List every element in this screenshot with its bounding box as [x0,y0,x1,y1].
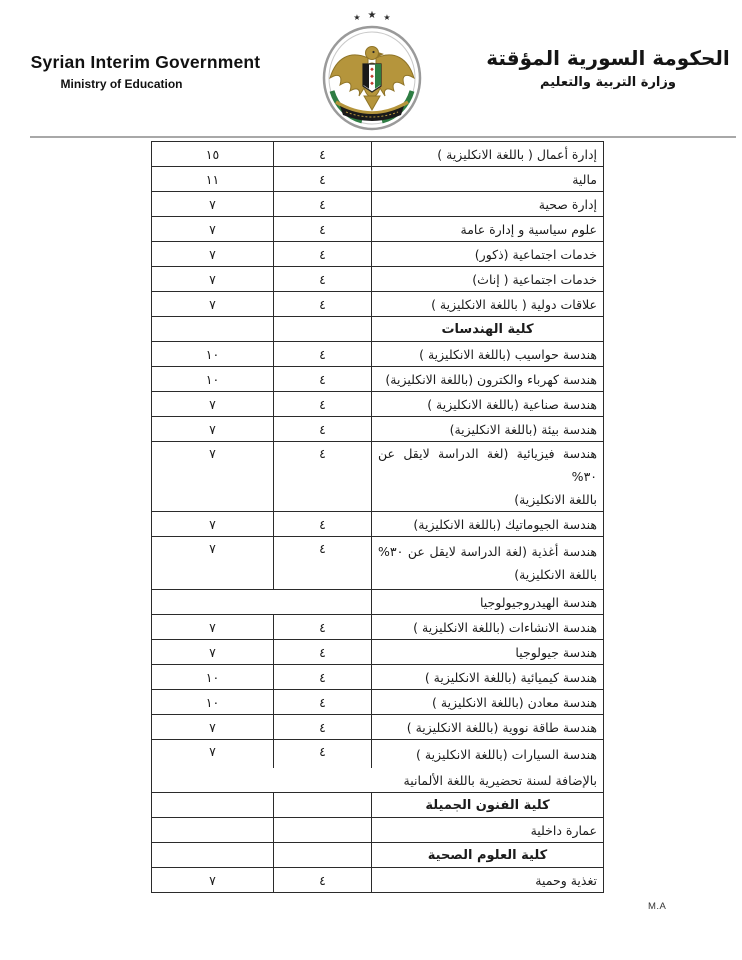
table-row: علوم سياسية و إدارة عامة٤٧ [152,217,604,242]
years-cell: ٤ [274,217,372,242]
years-cell: ٤ [274,267,372,292]
admissions-table: إدارة أعمال ( باللغة الانكليزية )٤١٥مالي… [151,141,604,893]
faculty-header-cell: كلية العلوم الصحية [372,843,604,868]
seats-cell [152,793,274,818]
table-row: هندسة أغذية (لغة الدراسة لايقل عن ٣٠%بال… [152,537,604,590]
program-name-cell: هندسة طاقة نووية (باللغة الانكليزية ) [372,715,604,740]
table-row: مالية٤١١ [152,167,604,192]
seats-cell [152,843,274,868]
years-cell [274,843,372,868]
svg-text:★: ★ [383,13,390,22]
seats-cell [152,317,274,342]
program-name-cell: إدارة صحية [372,192,604,217]
svg-text:★: ★ [368,10,377,21]
header-divider-line [30,136,736,138]
program-name-cell: هندسة كيميائية (باللغة الانكليزية ) [372,665,604,690]
program-name-cell: هندسة صناعية (باللغة الانكليزية ) [372,392,604,417]
years-cell: ٤ [274,537,372,590]
table-row: هندسة كهرباء والكترون (باللغة الانكليزية… [152,367,604,392]
program-name-cell: هندسة الهيدروجيولوجيا [372,590,604,615]
program-name-cell: هندسة حواسيب (باللغة الانكليزية ) [372,342,604,367]
seats-cell: ٧ [152,442,274,512]
years-cell [274,818,372,843]
seats-cell: ٧ [152,715,274,740]
years-cell: ٤ [274,442,372,512]
program-name-cell: هندسة الجيوماتيك (باللغة الانكليزية) [372,512,604,537]
table-row: هندسة الهيدروجيولوجيا [152,590,604,615]
ministry-name-ar: وزارة التربية والتعليم [482,75,734,90]
years-cell: ٤ [274,417,372,442]
empty-merged-cell [152,590,372,615]
seats-cell: ٧ [152,537,274,590]
table-row: كلية الهندسات [152,317,604,342]
author-initials: M.A [648,901,666,912]
years-cell: ٤ [274,342,372,367]
table-row: هندسة طاقة نووية (باللغة الانكليزية )٤٧ [152,715,604,740]
seats-cell: ٧ [152,640,274,665]
years-cell: ٤ [274,292,372,317]
program-name-cell: عمارة داخلية [372,818,604,843]
program-name-cell: علاقات دولية ( باللغة الانكليزية ) [372,292,604,317]
years-cell: ٤ [274,367,372,392]
table-row: تغذية وحمية٤٧ [152,868,604,893]
program-name-continuation-cell: بالإضافة لسنة تحضيرية باللغة الألمانية [152,768,604,793]
program-name-cell: إدارة أعمال ( باللغة الانكليزية ) [372,142,604,167]
years-cell: ٤ [274,167,372,192]
seats-cell: ٧ [152,417,274,442]
years-cell: ٤ [274,192,372,217]
program-name-cell: تغذية وحمية [372,868,604,893]
table-row: هندسة صناعية (باللغة الانكليزية )٤٧ [152,392,604,417]
program-name-cell: هندسة أغذية (لغة الدراسة لايقل عن ٣٠%بال… [372,537,604,590]
admissions-table-wrap: إدارة أعمال ( باللغة الانكليزية )٤١٥مالي… [151,141,604,893]
table-row: كلية الفنون الجميلة [152,793,604,818]
faculty-header-cell: كلية الفنون الجميلة [372,793,604,818]
seats-cell: ٧ [152,615,274,640]
seats-cell: ٧ [152,292,274,317]
program-name-cell: مالية [372,167,604,192]
years-cell [274,317,372,342]
program-name-cell: علوم سياسية و إدارة عامة [372,217,604,242]
years-cell: ٤ [274,690,372,715]
svg-text:★: ★ [353,13,360,22]
years-cell: ٤ [274,615,372,640]
years-cell: ٤ [274,512,372,537]
seats-cell: ١٥ [152,142,274,167]
years-cell: ٤ [274,715,372,740]
seats-cell: ١٠ [152,665,274,690]
seats-cell: ٧ [152,512,274,537]
table-row: إدارة أعمال ( باللغة الانكليزية )٤١٥ [152,142,604,167]
seats-cell: ١٠ [152,690,274,715]
years-cell: ٤ [274,242,372,267]
table-row: هندسة جيولوجيا٤٧ [152,640,604,665]
years-cell: ٤ [274,665,372,690]
seats-cell: ٧ [152,868,274,893]
table-row: هندسة السيارات (باللغة الانكليزية )٤٧ [152,740,604,769]
table-row: هندسة حواسيب (باللغة الانكليزية )٤١٠ [152,342,604,367]
table-row: إدارة صحية٤٧ [152,192,604,217]
seats-cell: ٧ [152,267,274,292]
seats-cell: ٧ [152,242,274,267]
table-row: خدمات اجتماعية ( إناث)٤٧ [152,267,604,292]
table-row: خدمات اجتماعية (ذكور)٤٧ [152,242,604,267]
seats-cell: ٧ [152,740,274,769]
seats-cell: ٧ [152,217,274,242]
government-name-en: Syrian Interim Government [28,52,263,73]
years-cell: ٤ [274,640,372,665]
program-name-cell: هندسة بيئة (باللغة الانكليزية) [372,417,604,442]
years-cell: ٤ [274,142,372,167]
ministry-name-en: Ministry of Education [28,77,215,91]
program-name-cell: هندسة فيزيائية (لغة الدراسة لايقل عن ٣٠%… [372,442,604,512]
seats-cell: ١١ [152,167,274,192]
header-arabic-block: الحكومة السورية المؤقتة وزارة التربية وا… [482,46,734,90]
eagle-emblem-icon: ★ ★ ★ [310,6,434,134]
program-name-cell: هندسة معادن (باللغة الانكليزية ) [372,690,604,715]
years-cell [274,793,372,818]
table-row: هندسة معادن (باللغة الانكليزية )٤١٠ [152,690,604,715]
years-cell: ٤ [274,392,372,417]
table-row: هندسة الانشاءات (باللغة الانكليزية )٤٧ [152,615,604,640]
seats-cell: ١٠ [152,342,274,367]
scanned-document-page: Syrian Interim Government Ministry of Ed… [0,0,742,960]
years-cell: ٤ [274,868,372,893]
program-name-cell: هندسة الانشاءات (باللغة الانكليزية ) [372,615,604,640]
table-row: علاقات دولية ( باللغة الانكليزية )٤٧ [152,292,604,317]
header-english-block: Syrian Interim Government Ministry of Ed… [28,52,263,91]
program-name-cell: هندسة كهرباء والكترون (باللغة الانكليزية… [372,367,604,392]
table-row: عمارة داخلية [152,818,604,843]
table-row: هندسة الجيوماتيك (باللغة الانكليزية)٤٧ [152,512,604,537]
program-name-cell: هندسة جيولوجيا [372,640,604,665]
seats-cell [152,818,274,843]
table-row: هندسة بيئة (باللغة الانكليزية)٤٧ [152,417,604,442]
program-name-cell: خدمات اجتماعية ( إناث) [372,267,604,292]
years-cell: ٤ [274,740,372,769]
program-name-cell: هندسة السيارات (باللغة الانكليزية ) [372,740,604,769]
seats-cell: ١٠ [152,367,274,392]
table-row: كلية العلوم الصحية [152,843,604,868]
table-row-continuation: بالإضافة لسنة تحضيرية باللغة الألمانية [152,768,604,793]
government-name-ar: الحكومة السورية المؤقتة [482,46,734,70]
table-row: هندسة كيميائية (باللغة الانكليزية )٤١٠ [152,665,604,690]
table-row: هندسة فيزيائية (لغة الدراسة لايقل عن ٣٠%… [152,442,604,512]
seats-cell: ٧ [152,192,274,217]
faculty-header-cell: كلية الهندسات [372,317,604,342]
government-emblem-logo: ★ ★ ★ [310,6,434,134]
program-name-cell: خدمات اجتماعية (ذكور) [372,242,604,267]
seats-cell: ٧ [152,392,274,417]
